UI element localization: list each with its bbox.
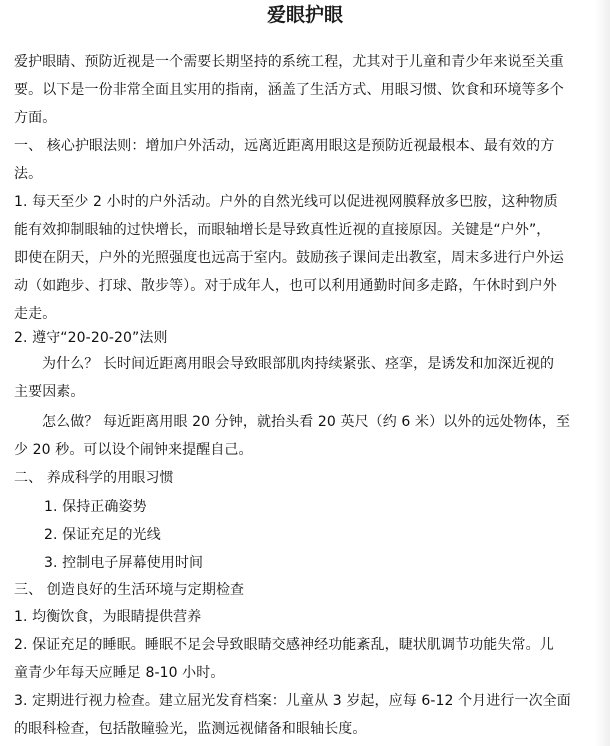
text-line: 3. 定期进行视力检查。建立屈光发育档案：儿童从 3 岁起，应每 6-12 个月… <box>14 691 571 711</box>
text-line: 为什么？ 长时间近距离用眼会导致眼部肌肉持续紧张、痉挛，是诱发和加深近视的 <box>42 354 554 374</box>
text-line: 即使在阴天，户外的光照强度也远高于室内。鼓励孩子课间走出教室，周末多进行户外运 <box>14 248 564 268</box>
text-line: 2. 遵守“20-20-20”法则 <box>14 328 168 348</box>
text-line: 的眼科检查，包括散瞳验光，监测远视储备和眼轴长度。 <box>14 719 367 739</box>
text-line: 怎么做？ 每近距离用眼 20 分钟，就抬头看 20 英尺（约 6 米）以外的远处… <box>42 412 570 432</box>
text-line: 方面。 <box>14 108 56 128</box>
text-line: 走走。 <box>14 304 56 324</box>
text-line: 1. 每天至少 2 小时的户外活动。户外的自然光线可以促进视网膜释放多巴胺，这种… <box>14 192 558 212</box>
text-line: 法。 <box>14 164 42 184</box>
text-line: 三、 创造良好的生活环境与定期检查 <box>14 580 244 600</box>
text-line: 2. 保证充足的睡眠。睡眠不足会导致眼睛交感神经功能紊乱，睫状肌调节功能失常。儿 <box>14 635 554 655</box>
text-line: 3. 控制电子屏幕使用时间 <box>44 553 203 573</box>
text-line: 主要因素。 <box>14 382 85 402</box>
text-line: 爱护眼睛、预防近视是一个需要长期坚持的系统工程，尤其对于儿童和青少年来说至关重 <box>14 52 564 72</box>
text-line: 2. 保证充足的光线 <box>44 525 161 545</box>
text-line: 童青少年每天应睡足 8-10 小时。 <box>14 663 224 683</box>
text-line: 要。以下是一份非常全面且实用的指南，涵盖了生活方式、用眼习惯、饮食和环境等多个 <box>14 80 564 100</box>
text-line: 动（如跑步、打球、散步等）。对于成年人，也可以利用通勤时间多走路，午休时到户外 <box>14 276 557 296</box>
document-page: 爱眼护眼 爱护眼睛、预防近视是一个需要长期坚持的系统工程，尤其对于儿童和青少年来… <box>0 0 610 746</box>
text-line: 1. 均衡饮食，为眼睛提供营养 <box>14 607 201 627</box>
text-line: 少 20 秒。可以设个闹钟来提醒自己。 <box>14 440 253 460</box>
text-line: 1. 保持正确姿势 <box>44 497 147 517</box>
document-title: 爱眼护眼 <box>0 2 610 28</box>
text-line: 能有效抑制眼轴的过快增长，而眼轴增长是导致真性近视的直接原因。关键是“户外”， <box>14 220 550 240</box>
text-line: 二、 养成科学的用眼习惯 <box>14 468 174 488</box>
text-line: 一、 核心护眼法则：增加户外活动，远离近距离用眼这是预防近视最根本、最有效的方 <box>14 136 554 156</box>
